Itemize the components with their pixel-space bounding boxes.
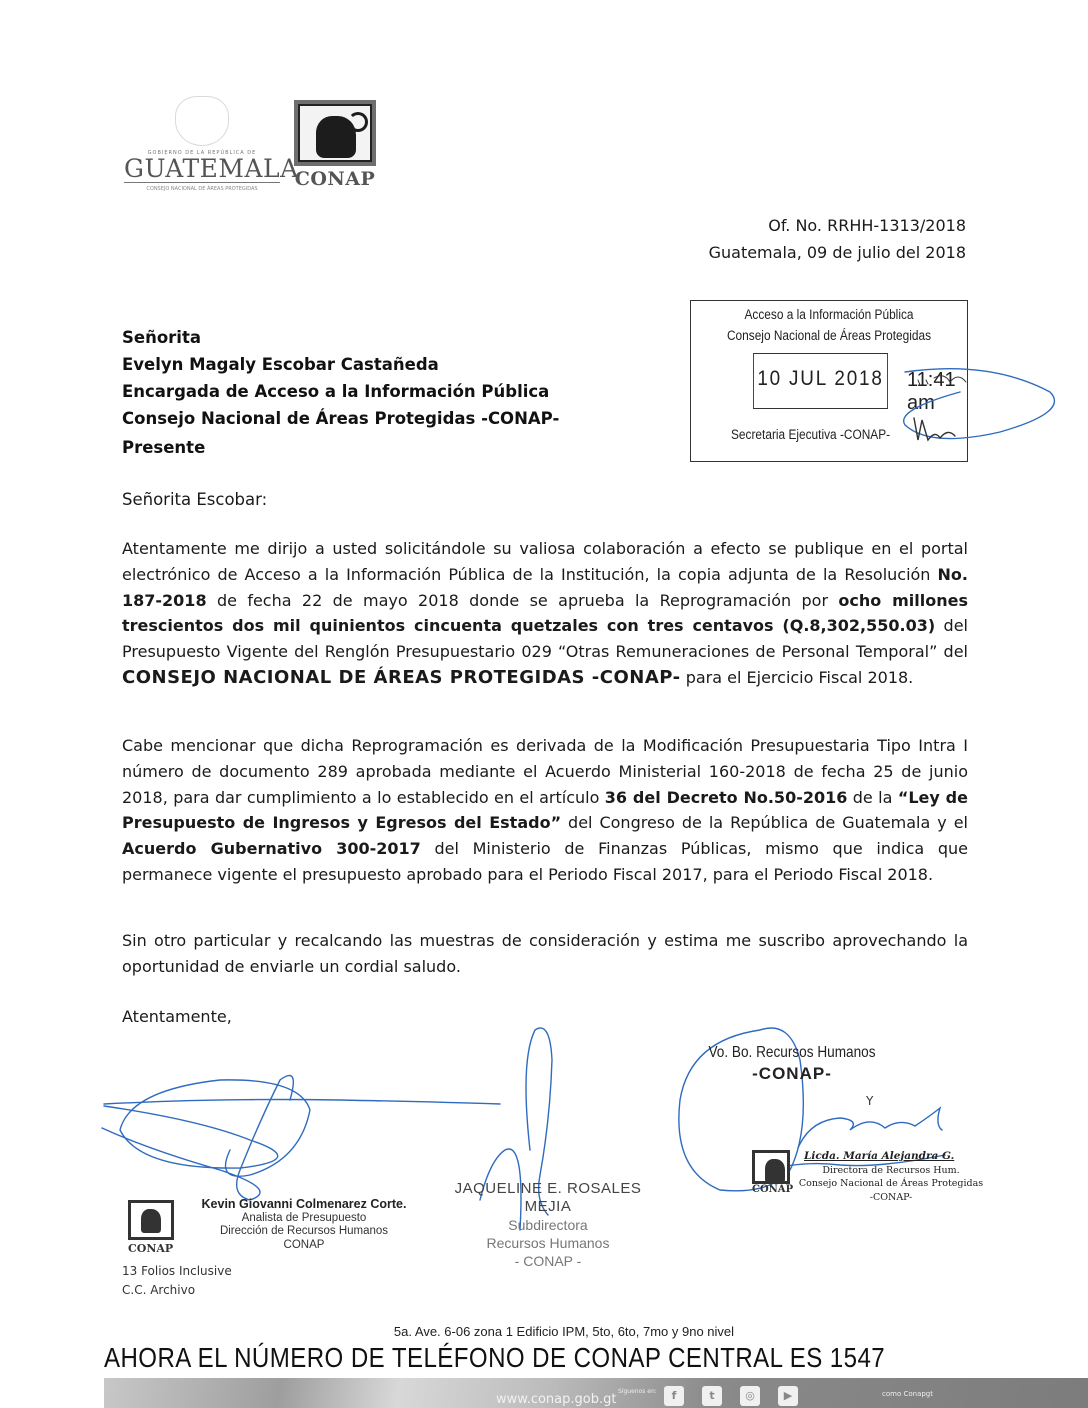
conap-seal-icon: CONAP bbox=[752, 1150, 793, 1195]
signature-block-jaqueline: JAQUELINE E. ROSALES MEJIA Subdirectora … bbox=[430, 1180, 666, 1270]
stamp-date: 10 JUL 2018 bbox=[753, 353, 888, 409]
salutation: Señorita Escobar: bbox=[122, 490, 267, 509]
body-paragraph-3: Sin otro particular y recalcando las mue… bbox=[122, 928, 968, 980]
vobo-stamp: Vo. Bo. Recursos Humanos -CONAP- bbox=[692, 1044, 892, 1084]
recipient-block: Señorita Evelyn Magaly Escobar Castañeda… bbox=[122, 324, 559, 461]
twitter-icon[interactable]: t bbox=[702, 1386, 722, 1406]
conap-seal-icon: CONAP bbox=[128, 1200, 174, 1255]
instagram-icon[interactable]: ◎ bbox=[740, 1386, 760, 1406]
monkey-icon bbox=[316, 116, 356, 158]
footer-address: 5a. Ave. 6-06 zona 1 Edificio IPM, 5to, … bbox=[0, 1324, 1088, 1339]
coat-of-arms-icon bbox=[175, 96, 229, 146]
closing: Atentamente, bbox=[122, 1007, 232, 1026]
body-paragraph-2: Cabe mencionar que dicha Reprogramación … bbox=[122, 733, 968, 888]
footer-band: www.conap.gob.gt Síguenos en: f t ◎ ▶ co… bbox=[104, 1378, 1088, 1408]
youtube-icon[interactable]: ▶ bbox=[778, 1386, 798, 1406]
facebook-icon[interactable]: f bbox=[664, 1386, 684, 1406]
annotations: 13 Folios Inclusive C.C. Archivo bbox=[122, 1262, 232, 1300]
guatemala-logo: GOBIERNO DE LA REPÚBLICA DE GUATEMALA CO… bbox=[124, 96, 280, 196]
stamp-time: 11:41 am bbox=[907, 369, 967, 415]
conap-logo: CONAP bbox=[290, 100, 380, 192]
body-paragraph-1: Atentamente me dirijo a usted solicitánd… bbox=[122, 536, 968, 691]
phone-notice: AHORA EL NÚMERO DE TELÉFONO DE CONAP CEN… bbox=[104, 1342, 885, 1374]
website-link[interactable]: www.conap.gob.gt bbox=[496, 1392, 616, 1407]
place-date: Guatemala, 09 de julio del 2018 bbox=[709, 243, 966, 262]
reference-number: Of. No. RRHH-1313/2018 bbox=[768, 216, 966, 235]
reception-stamp: Acceso a la Información Pública Consejo … bbox=[690, 300, 968, 462]
